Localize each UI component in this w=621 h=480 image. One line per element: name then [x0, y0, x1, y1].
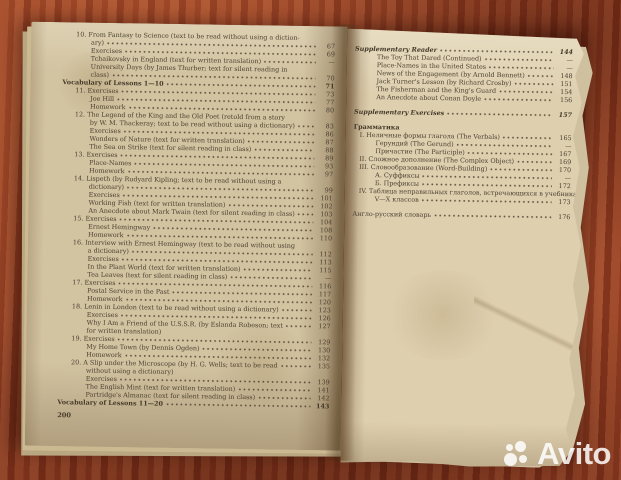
toc-page-number: 151: [556, 80, 572, 88]
toc-page-number: 154: [556, 88, 572, 96]
dot-leader: [244, 265, 313, 272]
dot-leader: [440, 46, 554, 54]
toc-entry-title: Англо-русский словарь: [352, 210, 431, 219]
toc-page-number: —: [555, 142, 571, 150]
right-page: Supplementary Reader 144 The Toy That Da…: [340, 29, 585, 469]
dot-leader: [264, 57, 316, 64]
dot-leader: [514, 79, 553, 86]
dot-leader: [167, 80, 316, 88]
dot-leader: [298, 122, 315, 128]
left-page: 10. From Fantasy to Science (text to be …: [25, 22, 348, 451]
dot-leader: [489, 63, 554, 70]
dot-leader: [468, 149, 553, 156]
left-toc: 10. From Fantasy to Science (text to be …: [57, 30, 335, 423]
dot-leader: [166, 400, 311, 408]
toc-page-number: 173: [555, 198, 571, 206]
toc-page-number: 170: [555, 166, 571, 174]
dot-leader: [238, 385, 310, 392]
dot-leader: [422, 180, 552, 188]
dot-leader: [153, 224, 313, 233]
avito-logo-icon: [504, 441, 531, 468]
dot-leader: [434, 211, 552, 219]
dot-leader: [281, 362, 311, 368]
page-stain: [382, 269, 503, 361]
toc-page-number: 169: [555, 158, 571, 166]
toc-line: Англо-русский словарь 176: [352, 210, 570, 221]
dot-leader: [248, 137, 315, 144]
folio-page-number: 200: [57, 411, 329, 423]
dot-leader: [422, 196, 552, 204]
watermark-brand: Avito: [537, 436, 611, 472]
right-toc: Supplementary Reader 144 The Toy That Da…: [352, 45, 573, 221]
toc-page-number: 157: [556, 111, 572, 119]
toc-page-number: 176: [554, 213, 570, 221]
dot-leader: [230, 273, 312, 280]
dot-leader: [286, 322, 312, 328]
toc-entry-title: ary): [91, 39, 104, 47]
toc-page-number: —: [557, 56, 573, 64]
dot-leader: [499, 87, 553, 94]
toc-page-number: —: [557, 64, 573, 72]
dot-leader: [228, 201, 313, 208]
toc-entry-title: V—X классов: [375, 195, 419, 204]
page-crease: [472, 227, 582, 425]
dot-leader: [503, 133, 553, 140]
dot-leader: [282, 306, 312, 312]
open-book: 10. From Fantasy to Science (text to be …: [19, 14, 592, 469]
toc-page-number: 148: [557, 72, 573, 80]
dot-leader: [422, 172, 552, 180]
dot-leader: [528, 71, 554, 77]
toc-page-number: 167: [555, 150, 571, 158]
toc-page-number: 156: [556, 96, 572, 104]
dot-leader: [203, 344, 312, 352]
toc-page-number: —: [555, 174, 571, 182]
toc-entry-title: An Anecdote about Conan Doyle: [376, 93, 481, 103]
dot-leader: [485, 55, 554, 62]
dot-leader: [254, 145, 314, 152]
toc-page-number: 144: [557, 48, 573, 56]
dot-leader: [517, 157, 552, 164]
dot-leader: [258, 393, 311, 400]
toc-entry-title: Vocabulary of Lessons 11—20: [57, 398, 163, 408]
toc-page-number: 172: [555, 182, 571, 190]
dot-leader: [490, 165, 552, 172]
photo-background: 10. From Fantasy to Science (text to be …: [0, 0, 621, 480]
dot-leader: [457, 140, 553, 148]
dot-leader: [298, 210, 314, 216]
toc-entry-title: Supplementary Exercises: [354, 108, 444, 117]
toc-page-number: 165: [556, 134, 572, 142]
dot-leader: [172, 288, 312, 296]
dot-leader: [484, 95, 553, 102]
avito-watermark: Avito: [504, 436, 611, 472]
toc-line: Supplementary Exercises 157: [354, 108, 572, 119]
dot-leader: [447, 109, 553, 117]
